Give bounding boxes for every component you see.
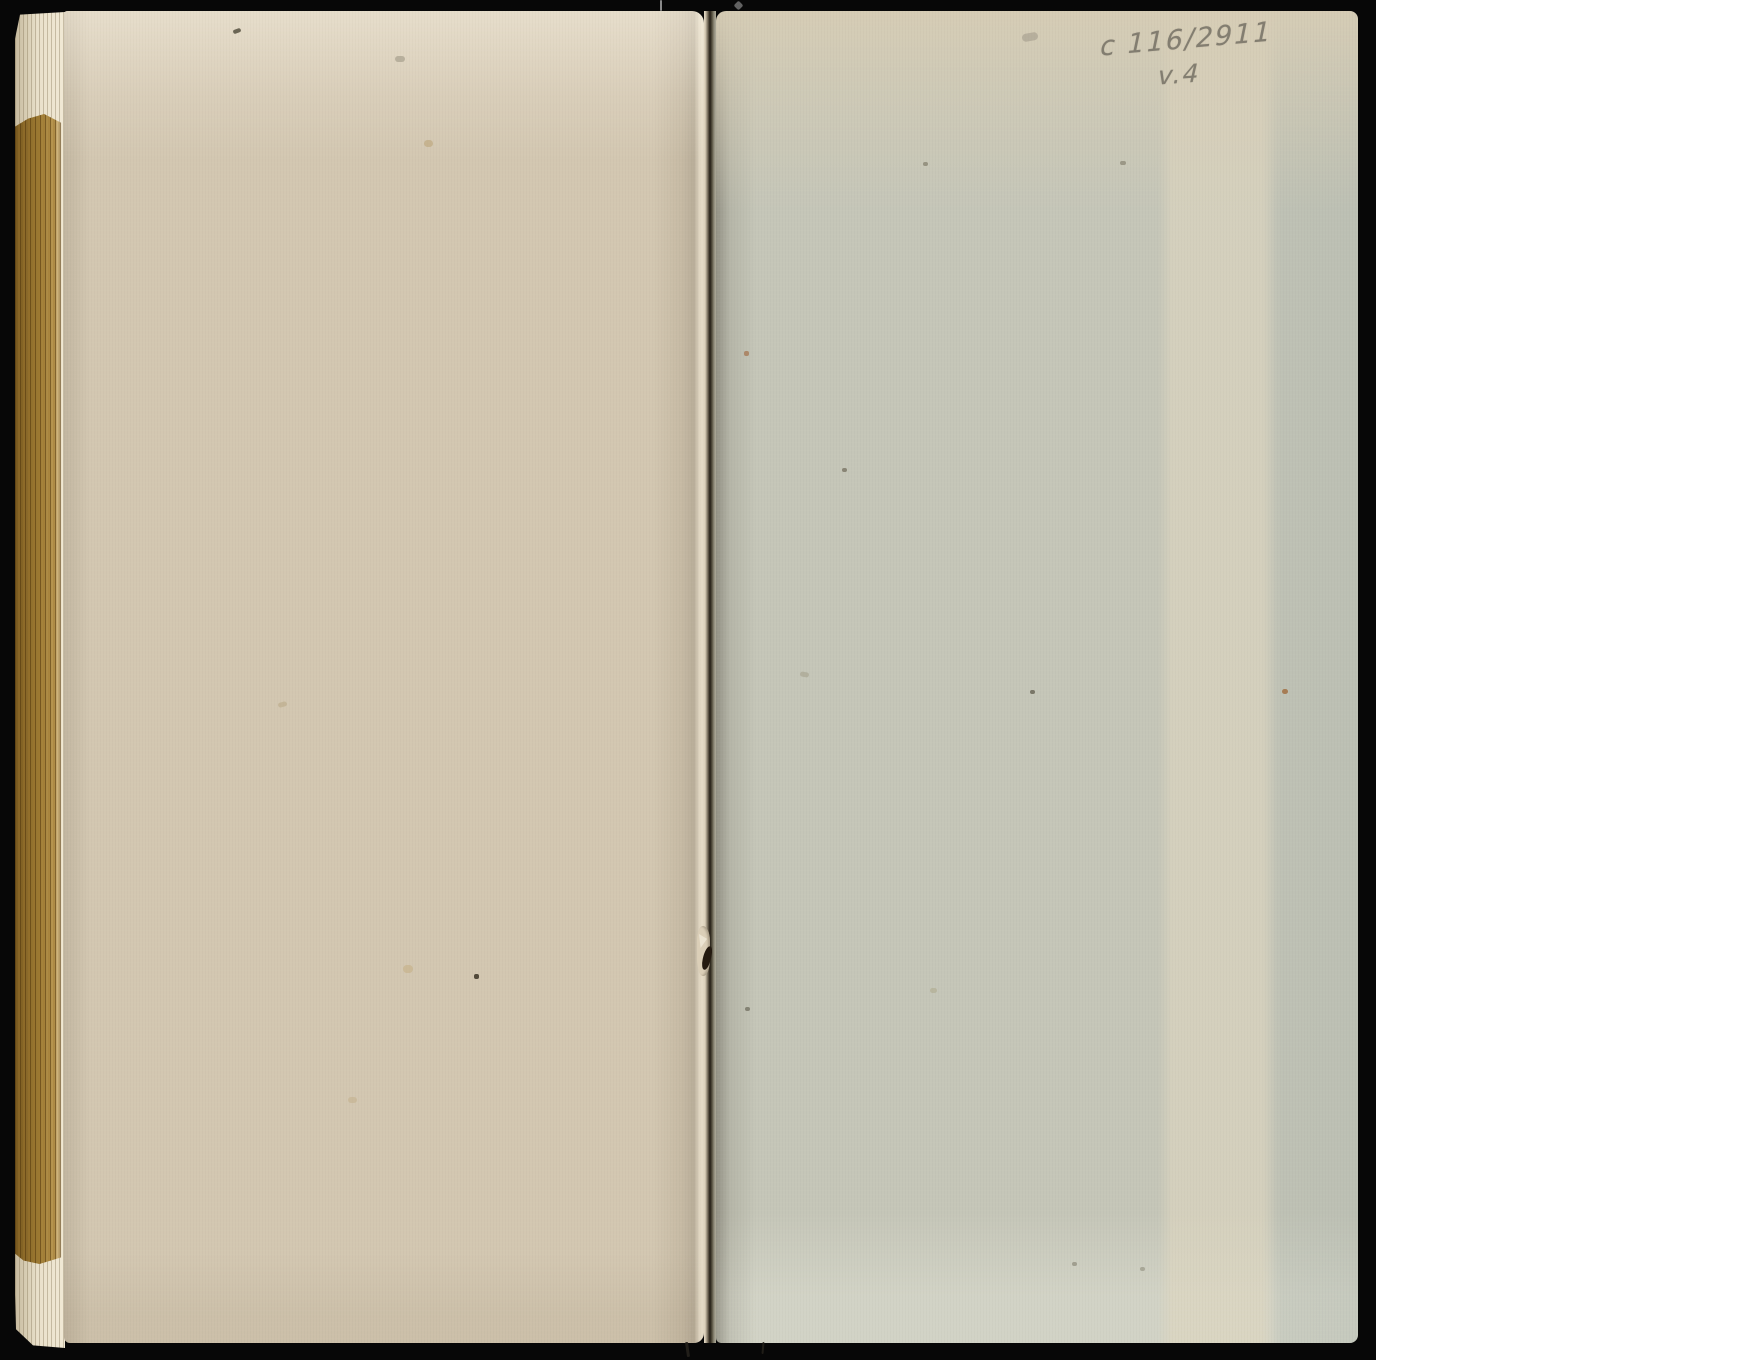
book-gutter	[704, 11, 716, 1343]
call-number-text: c 116/2911	[1100, 16, 1273, 62]
left-page-texture	[64, 11, 704, 1343]
volume-number-text: v.4	[1158, 58, 1202, 90]
scanner-bed-margin	[1376, 0, 1760, 1360]
scan-speck	[660, 0, 662, 11]
scan-speck	[734, 1, 744, 11]
fore-edge-stain	[15, 114, 62, 1264]
right-page-texture	[716, 11, 1358, 1343]
book-fore-edge-pages	[15, 12, 65, 1348]
left-blank-page	[64, 11, 704, 1343]
scan-speck	[685, 1342, 690, 1357]
book-scan-stage: c 116/2911 v.4	[0, 0, 1760, 1360]
right-blank-page: c 116/2911 v.4	[716, 11, 1358, 1343]
scan-speck	[761, 1342, 764, 1354]
scanned-book-spread: c 116/2911 v.4	[0, 0, 1376, 1360]
